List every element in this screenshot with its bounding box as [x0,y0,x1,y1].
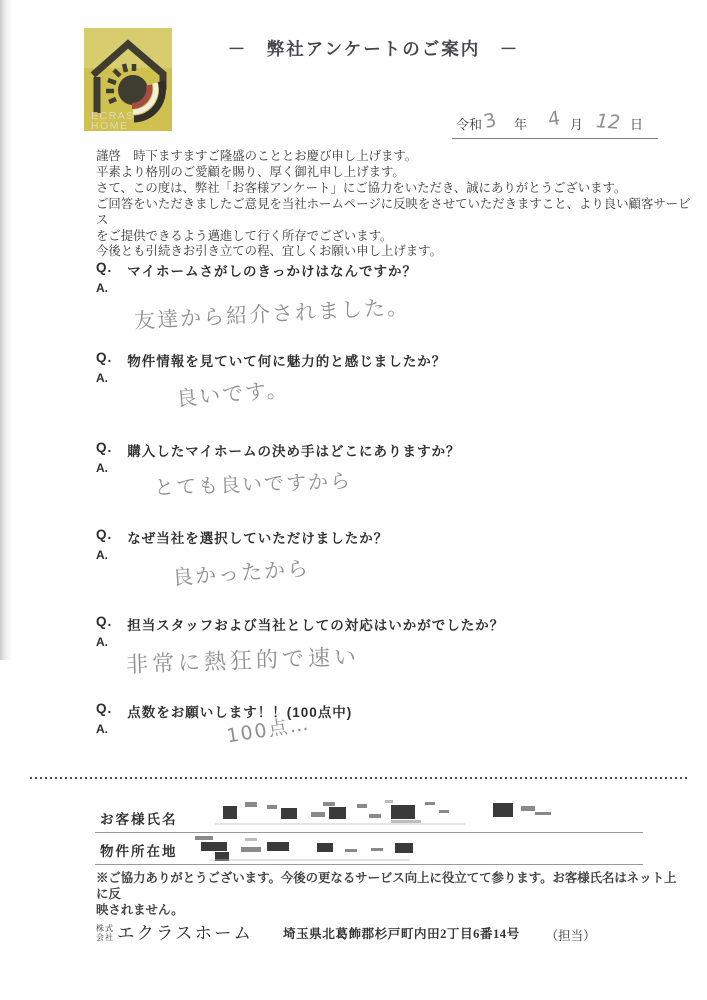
footer: 株式 会社 エクラスホーム 埼玉県北葛飾郡杉戸町内田2丁目6番14号 （担当） [96,920,666,945]
privacy-note-line: 映されません。 [96,902,686,918]
scan-edge-shadow [0,0,12,660]
question-block-4: Q.なぜ当社を選択していただけましたか？ A. 良かったから [96,527,656,613]
question-block-2: Q.物件情報を見ていて何に魅力的と感じましたか？ A. 良いです。 [96,350,656,436]
question-label: Q. [96,701,112,721]
question-text: 物件情報を見ていて何に魅力的と感じましたか？ [127,350,446,370]
question-label: Q. [96,527,112,547]
question-label: Q. [96,260,112,280]
property-location-label: 物件所在地 [100,840,178,860]
greeting-line: をご提供できるよう邁進して行く所存でございます。 [96,229,696,245]
question-block-6: Q.点数をお願いします！！(100点中) A. 100点… [96,701,656,787]
privacy-note-line: ※ご協力ありがとうございます。今後の更なるサービス向上に役立てて参ります。お客様… [96,870,686,902]
day-unit-label: 日 [630,114,643,133]
customer-name-label: お客様氏名 [100,808,178,828]
contact-label: （担当） [546,926,596,944]
greeting-line: 謹啓 時下ますますご隆盛のこととお慶び申し上げます。 [96,149,696,165]
date-month-handwritten: 4 [547,107,562,130]
era-label: 令和 [456,114,482,133]
question-label: Q. [96,440,112,460]
question-block-3: Q.購入したマイホームの決め手はどこにありますか？ A. とても良いですから [96,440,656,526]
company-address: 埼玉県北葛飾郡杉戸町内田2丁目6番14号 [283,923,520,942]
question-text: なぜ当社を選択していただけましたか？ [127,527,388,547]
greeting-paragraph: 謹啓 時下ますますご隆盛のこととお慶び申し上げます。 平素より格別のご愛顧を賜り… [96,149,696,260]
question-block-5: Q.担当スタッフおよび当社としての対応はいかがでしたか？ A. 非常に熱狂的で速… [96,614,656,700]
handwritten-answer: 友達から紹介されました。 [133,291,410,335]
question-label: Q. [96,350,112,370]
company-name: エクラスホーム [117,920,253,945]
greeting-line: 今後とも引続きお引き立ての程、宜しくお願い申し上げます。 [96,244,696,260]
month-unit-label: 月 [570,114,583,133]
date-line: 令和 3 年 4 月 12 日 [452,108,658,139]
greeting-line: 平素より格別のご愛顧を賜り、厚く御礼申し上げます。 [96,165,696,181]
page-title: － 弊社アンケートのご案内 － [40,36,707,61]
privacy-note: ※ご協力ありがとうございます。今後の更なるサービス向上に役立てて参ります。お客様… [96,870,686,918]
svg-text:HOME: HOME [91,120,129,131]
question-text: マイホームさがしのきっかけはなんですか？ [127,260,417,280]
question-text: 購入したマイホームの決め手はどこにありますか？ [127,440,460,460]
year-unit-label: 年 [514,114,527,133]
customer-name-field: お客様氏名 [95,798,643,833]
greeting-line: ご回答をいただきましたご意見を当社ホームページに反映をさせていただきますこと、よ… [96,197,696,229]
question-block-1: Q.マイホームさがしのきっかけはなんですか？ A. 友達から紹介されました。 [96,260,656,346]
section-divider [30,777,688,779]
handwritten-answer: とても良いですから [154,465,353,501]
greeting-line: さて、この度は、弊社「お客様アンケート」にご協力をいただき、誠にありがとうござい… [96,181,696,197]
survey-document: ECRAS HOME － 弊社アンケートのご案内 － 令和 3 年 4 月 12… [0,0,707,1000]
answer-label: A. [96,548,656,562]
question-text: 点数をお願いします！！(100点中) [127,701,352,721]
property-location-field: 物件所在地 [95,836,643,865]
answer-label: A. [96,722,656,736]
question-text: 担当スタッフおよび当社としての対応はいかがでしたか？ [127,614,504,634]
date-year-handwritten: 3 [482,109,499,133]
question-label: Q. [96,614,112,634]
company-prefix: 株式 会社 [96,925,114,942]
date-day-handwritten: 12 [595,110,621,134]
